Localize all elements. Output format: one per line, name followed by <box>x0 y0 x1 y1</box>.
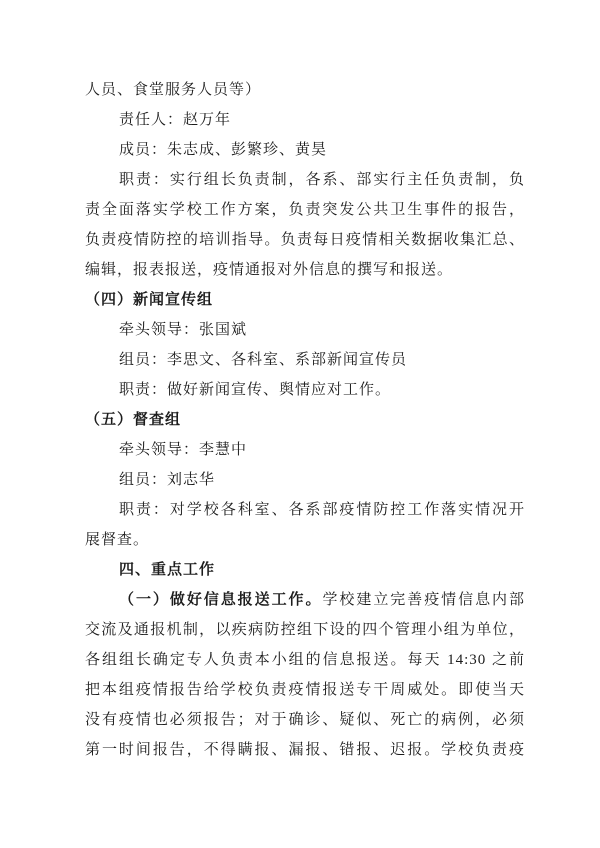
text-segment: 第一时间报告，不得瞒报、漏报、错报、迟报。学校负责疫 <box>85 742 525 758</box>
text-segment: 各组组长确定专人负责本小组的信息报送。每天 14:30 之前 <box>85 652 525 668</box>
text-line: 编辑，报表报送，疫情通报对外信息的撰写和报送。 <box>85 255 525 285</box>
text-line: 第一时间报告，不得瞒报、漏报、错报、迟报。学校负责疫 <box>85 735 525 765</box>
text-segment: 责任人：赵万年 <box>119 112 231 128</box>
text-segment: 交流及通报机制，以疾病防控组下设的四个管理小组为单位， <box>85 622 525 638</box>
text-line: 牵头领导：张国斌 <box>85 315 525 345</box>
text-segment: 人员、食堂服务人员等） <box>85 82 261 98</box>
text-line: 没有疫情也必须报告；对于确诊、疑似、死亡的病例，必须 <box>85 705 525 735</box>
text-line: 成员：朱志成、彭繁珍、黄昊 <box>85 135 525 165</box>
document-page: 人员、食堂服务人员等）责任人：赵万年成员：朱志成、彭繁珍、黄昊职责：实行组长负责… <box>0 0 600 848</box>
text-segment: 组员：李思文、各科室、系部新闻宣传员 <box>119 352 407 368</box>
text-segment: 组员：刘志华 <box>119 472 215 488</box>
text-line: 展督查。 <box>85 525 525 555</box>
text-segment: 牵头领导：李慧中 <box>119 442 247 458</box>
document-body: 人员、食堂服务人员等）责任人：赵万年成员：朱志成、彭繁珍、黄昊职责：实行组长负责… <box>85 75 525 765</box>
text-line: （一）做好信息报送工作。学校建立完善疫情信息内部 <box>85 585 525 615</box>
text-segment: 职责：对学校各科室、各系部疫情防控工作落实情况开 <box>119 502 525 518</box>
text-line: 负责疫情防控的培训指导。负责每日疫情相关数据收集汇总、 <box>85 225 525 255</box>
text-segment-bold: （四）新闻宣传组 <box>85 292 213 308</box>
text-segment: 学校建立完善疫情信息内部 <box>322 592 525 608</box>
text-line: 责全面落实学校工作方案，负责突发公共卫生事件的报告， <box>85 195 525 225</box>
text-segment-bold: 四、重点工作 <box>119 562 215 578</box>
text-segment: 牵头领导：张国斌 <box>119 322 247 338</box>
text-segment: 把本组疫情报告给学校负责疫情报送专干周威处。即使当天 <box>85 682 525 698</box>
text-segment-bold: （一）做好信息报送工作。 <box>119 592 322 608</box>
text-line: 交流及通报机制，以疾病防控组下设的四个管理小组为单位， <box>85 615 525 645</box>
text-line: 组员：刘志华 <box>85 465 525 495</box>
text-segment: 没有疫情也必须报告；对于确诊、疑似、死亡的病例，必须 <box>85 712 525 728</box>
text-line: 各组组长确定专人负责本小组的信息报送。每天 14:30 之前 <box>85 645 525 675</box>
text-line: 把本组疫情报告给学校负责疫情报送专干周威处。即使当天 <box>85 675 525 705</box>
text-line: 职责：做好新闻宣传、舆情应对工作。 <box>85 375 525 405</box>
text-line: （四）新闻宣传组 <box>85 285 525 315</box>
text-line: 四、重点工作 <box>85 555 525 585</box>
text-segment: 展督查。 <box>85 532 149 548</box>
text-line: 职责：对学校各科室、各系部疫情防控工作落实情况开 <box>85 495 525 525</box>
text-line: （五）督查组 <box>85 405 525 435</box>
text-line: 人员、食堂服务人员等） <box>85 75 525 105</box>
text-segment-bold: （五）督查组 <box>85 412 181 428</box>
text-segment: 职责：实行组长负责制，各系、部实行主任负责制，负 <box>119 172 525 188</box>
text-segment: 编辑，报表报送，疫情通报对外信息的撰写和报送。 <box>85 262 453 278</box>
text-segment: 成员：朱志成、彭繁珍、黄昊 <box>119 142 327 158</box>
text-segment: 责全面落实学校工作方案，负责突发公共卫生事件的报告， <box>85 202 525 218</box>
text-line: 职责：实行组长负责制，各系、部实行主任负责制，负 <box>85 165 525 195</box>
text-line: 责任人：赵万年 <box>85 105 525 135</box>
text-segment: 职责：做好新闻宣传、舆情应对工作。 <box>119 382 391 398</box>
text-line: 组员：李思文、各科室、系部新闻宣传员 <box>85 345 525 375</box>
text-segment: 负责疫情防控的培训指导。负责每日疫情相关数据收集汇总、 <box>85 232 525 248</box>
text-line: 牵头领导：李慧中 <box>85 435 525 465</box>
